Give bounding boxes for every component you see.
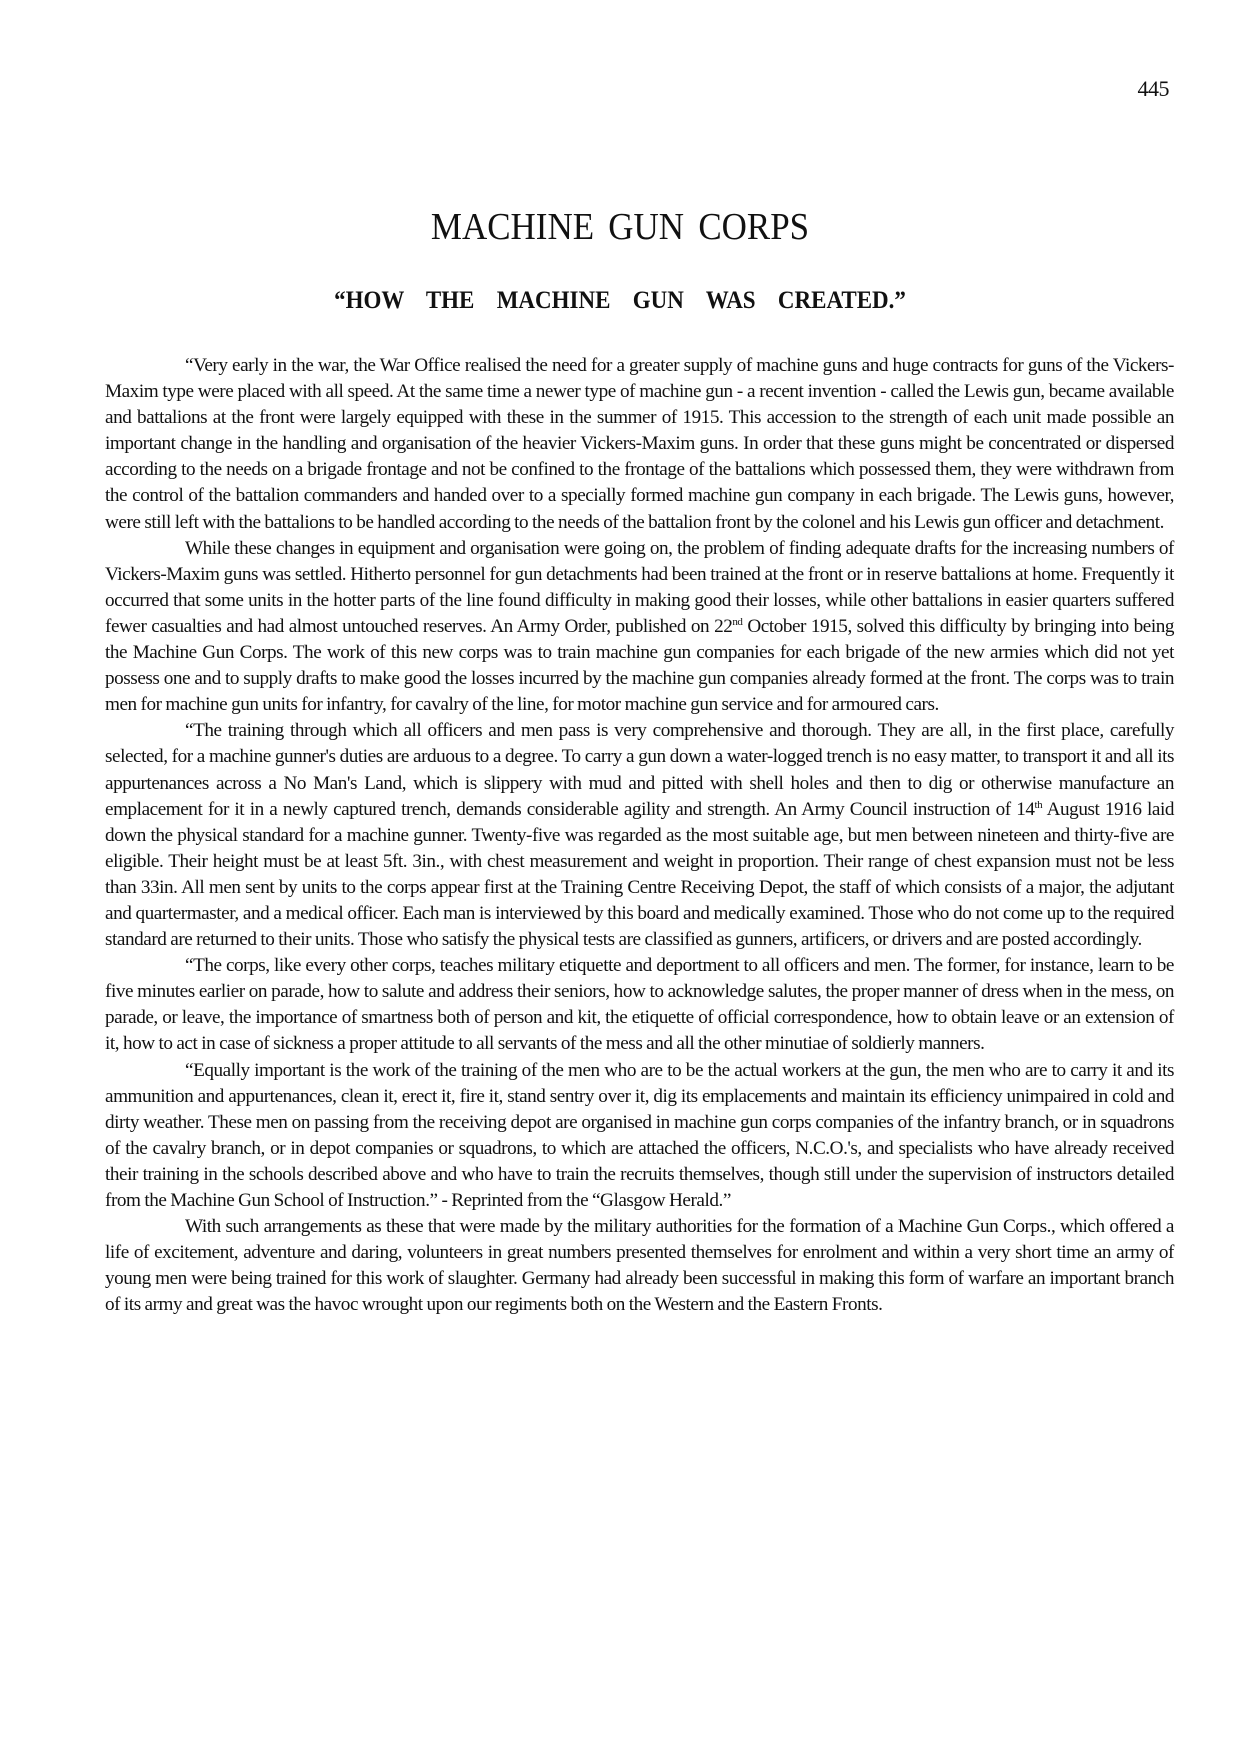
paragraph-6: With such arrangements as these that wer… [105,1214,1174,1318]
page-number: 445 [1138,78,1170,100]
paragraph-5: “Equally important is the work of the tr… [105,1058,1174,1215]
ordinal-superscript: nd [732,616,742,628]
paragraph-3: “The training through which all officers… [105,718,1174,953]
paragraph-4: “The corps, like every other corps, teac… [105,953,1174,1057]
paragraph-3-text-after: August 1916 laid down the physical stand… [105,799,1174,950]
paragraph-3-text-before: “The training through which all officers… [105,720,1174,819]
page-subtitle: “HOW THE MACHINE GUN WAS CREATED.” [50,288,1191,313]
body-text: “Very early in the war, the War Office r… [105,353,1174,1318]
page-title: MACHINE GUN CORPS [50,208,1191,246]
paragraph-2: While these changes in equipment and org… [105,536,1174,719]
paragraph-1: “Very early in the war, the War Office r… [105,353,1174,536]
ordinal-superscript: th [1035,799,1043,811]
